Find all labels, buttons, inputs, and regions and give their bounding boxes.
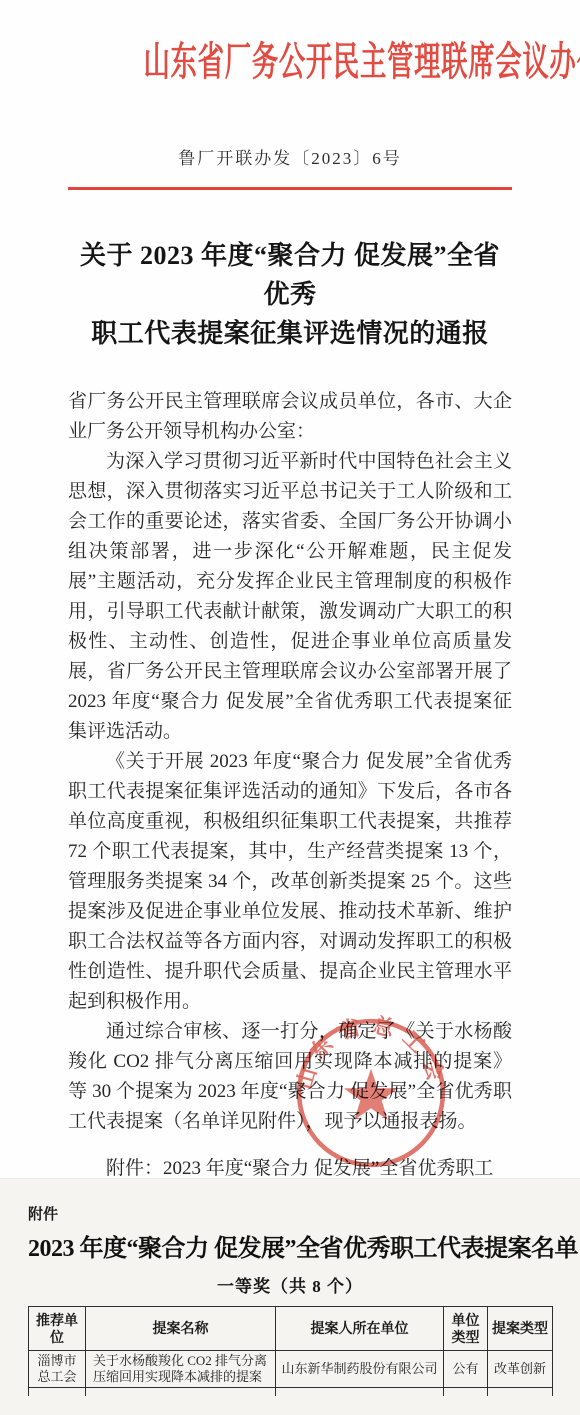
header-proposal-type: 提案类型 bbox=[488, 1307, 553, 1351]
table-row: 淄博市总工会 关于水杨酸羧化 CO2 排气分离压缩回用实现降本减排的提案 山东新… bbox=[29, 1351, 553, 1388]
official-seal-stamp-icon: 山东省总工会 bbox=[290, 1012, 452, 1174]
table-row-cutoff bbox=[29, 1388, 553, 1396]
first-prize-heading: 一等奖（共 8 个） bbox=[28, 1272, 552, 1297]
document-title: 关于 2023 年度“聚合力 促发展”全省优秀 职工代表提案征集评选情况的通报 bbox=[68, 236, 512, 353]
header-proposal-name: 提案名称 bbox=[86, 1307, 276, 1351]
table-header-row: 推荐单位 提案名称 提案人所在单位 单位类型 提案类型 bbox=[29, 1307, 553, 1351]
notice-page: 山东省厂务公开民主管理联席会议办公室 鲁厂开联办发〔2023〕6号 关于 202… bbox=[0, 0, 580, 1178]
document-number: 鲁厂开联办发〔2023〕6号 bbox=[68, 144, 512, 169]
cell-unit-type: 公有 bbox=[444, 1351, 488, 1388]
cell-proposer-unit: 山东新华制药股份有限公司 bbox=[276, 1351, 444, 1388]
header-unit-type: 单位类型 bbox=[444, 1307, 488, 1351]
issuing-org-title: 山东省厂务公开民主管理联席会议办公室 bbox=[143, 34, 436, 90]
header-proposer-unit: 提案人所在单位 bbox=[276, 1307, 444, 1351]
attachment-label: 附件 bbox=[28, 1203, 552, 1224]
salutation: 省厂务公开民主管理联席会议成员单位，各市、大企业厂务公开领导机构办公室： bbox=[68, 387, 512, 447]
header-recommending-unit: 推荐单位 bbox=[29, 1307, 86, 1351]
first-prize-table: 推荐单位 提案名称 提案人所在单位 单位类型 提案类型 淄博市总工会 关于水杨酸… bbox=[28, 1306, 553, 1396]
document-title-line2: 职工代表提案征集评选情况的通报 bbox=[91, 319, 489, 348]
paragraph-activity-background: 为深入学习贯彻习近平新时代中国特色社会主义思想，深入贯彻落实习近平总书记关于工人… bbox=[68, 447, 512, 747]
attachment-title: 2023 年度“聚合力 促发展”全省优秀职工代表提案名单 bbox=[28, 1228, 552, 1263]
cell-proposal-name: 关于水杨酸羧化 CO2 排气分离压缩回用实现降本减排的提案 bbox=[86, 1351, 276, 1388]
cell-recommending-unit: 淄博市总工会 bbox=[29, 1351, 86, 1388]
document-title-line1: 关于 2023 年度“聚合力 促发展”全省优秀 bbox=[80, 241, 500, 309]
paragraph-collection-results: 《关于开展 2023 年度“聚合力 促发展”全省优秀职工代表提案征集评选活动的通… bbox=[68, 747, 512, 1017]
seal-star-icon bbox=[344, 1069, 398, 1120]
cell-proposal-type: 改革创新 bbox=[488, 1351, 553, 1388]
attachment-page: 附件 2023 年度“聚合力 促发展”全省优秀职工代表提案名单 一等奖（共 8 … bbox=[0, 1178, 580, 1415]
red-divider-line bbox=[68, 187, 512, 190]
